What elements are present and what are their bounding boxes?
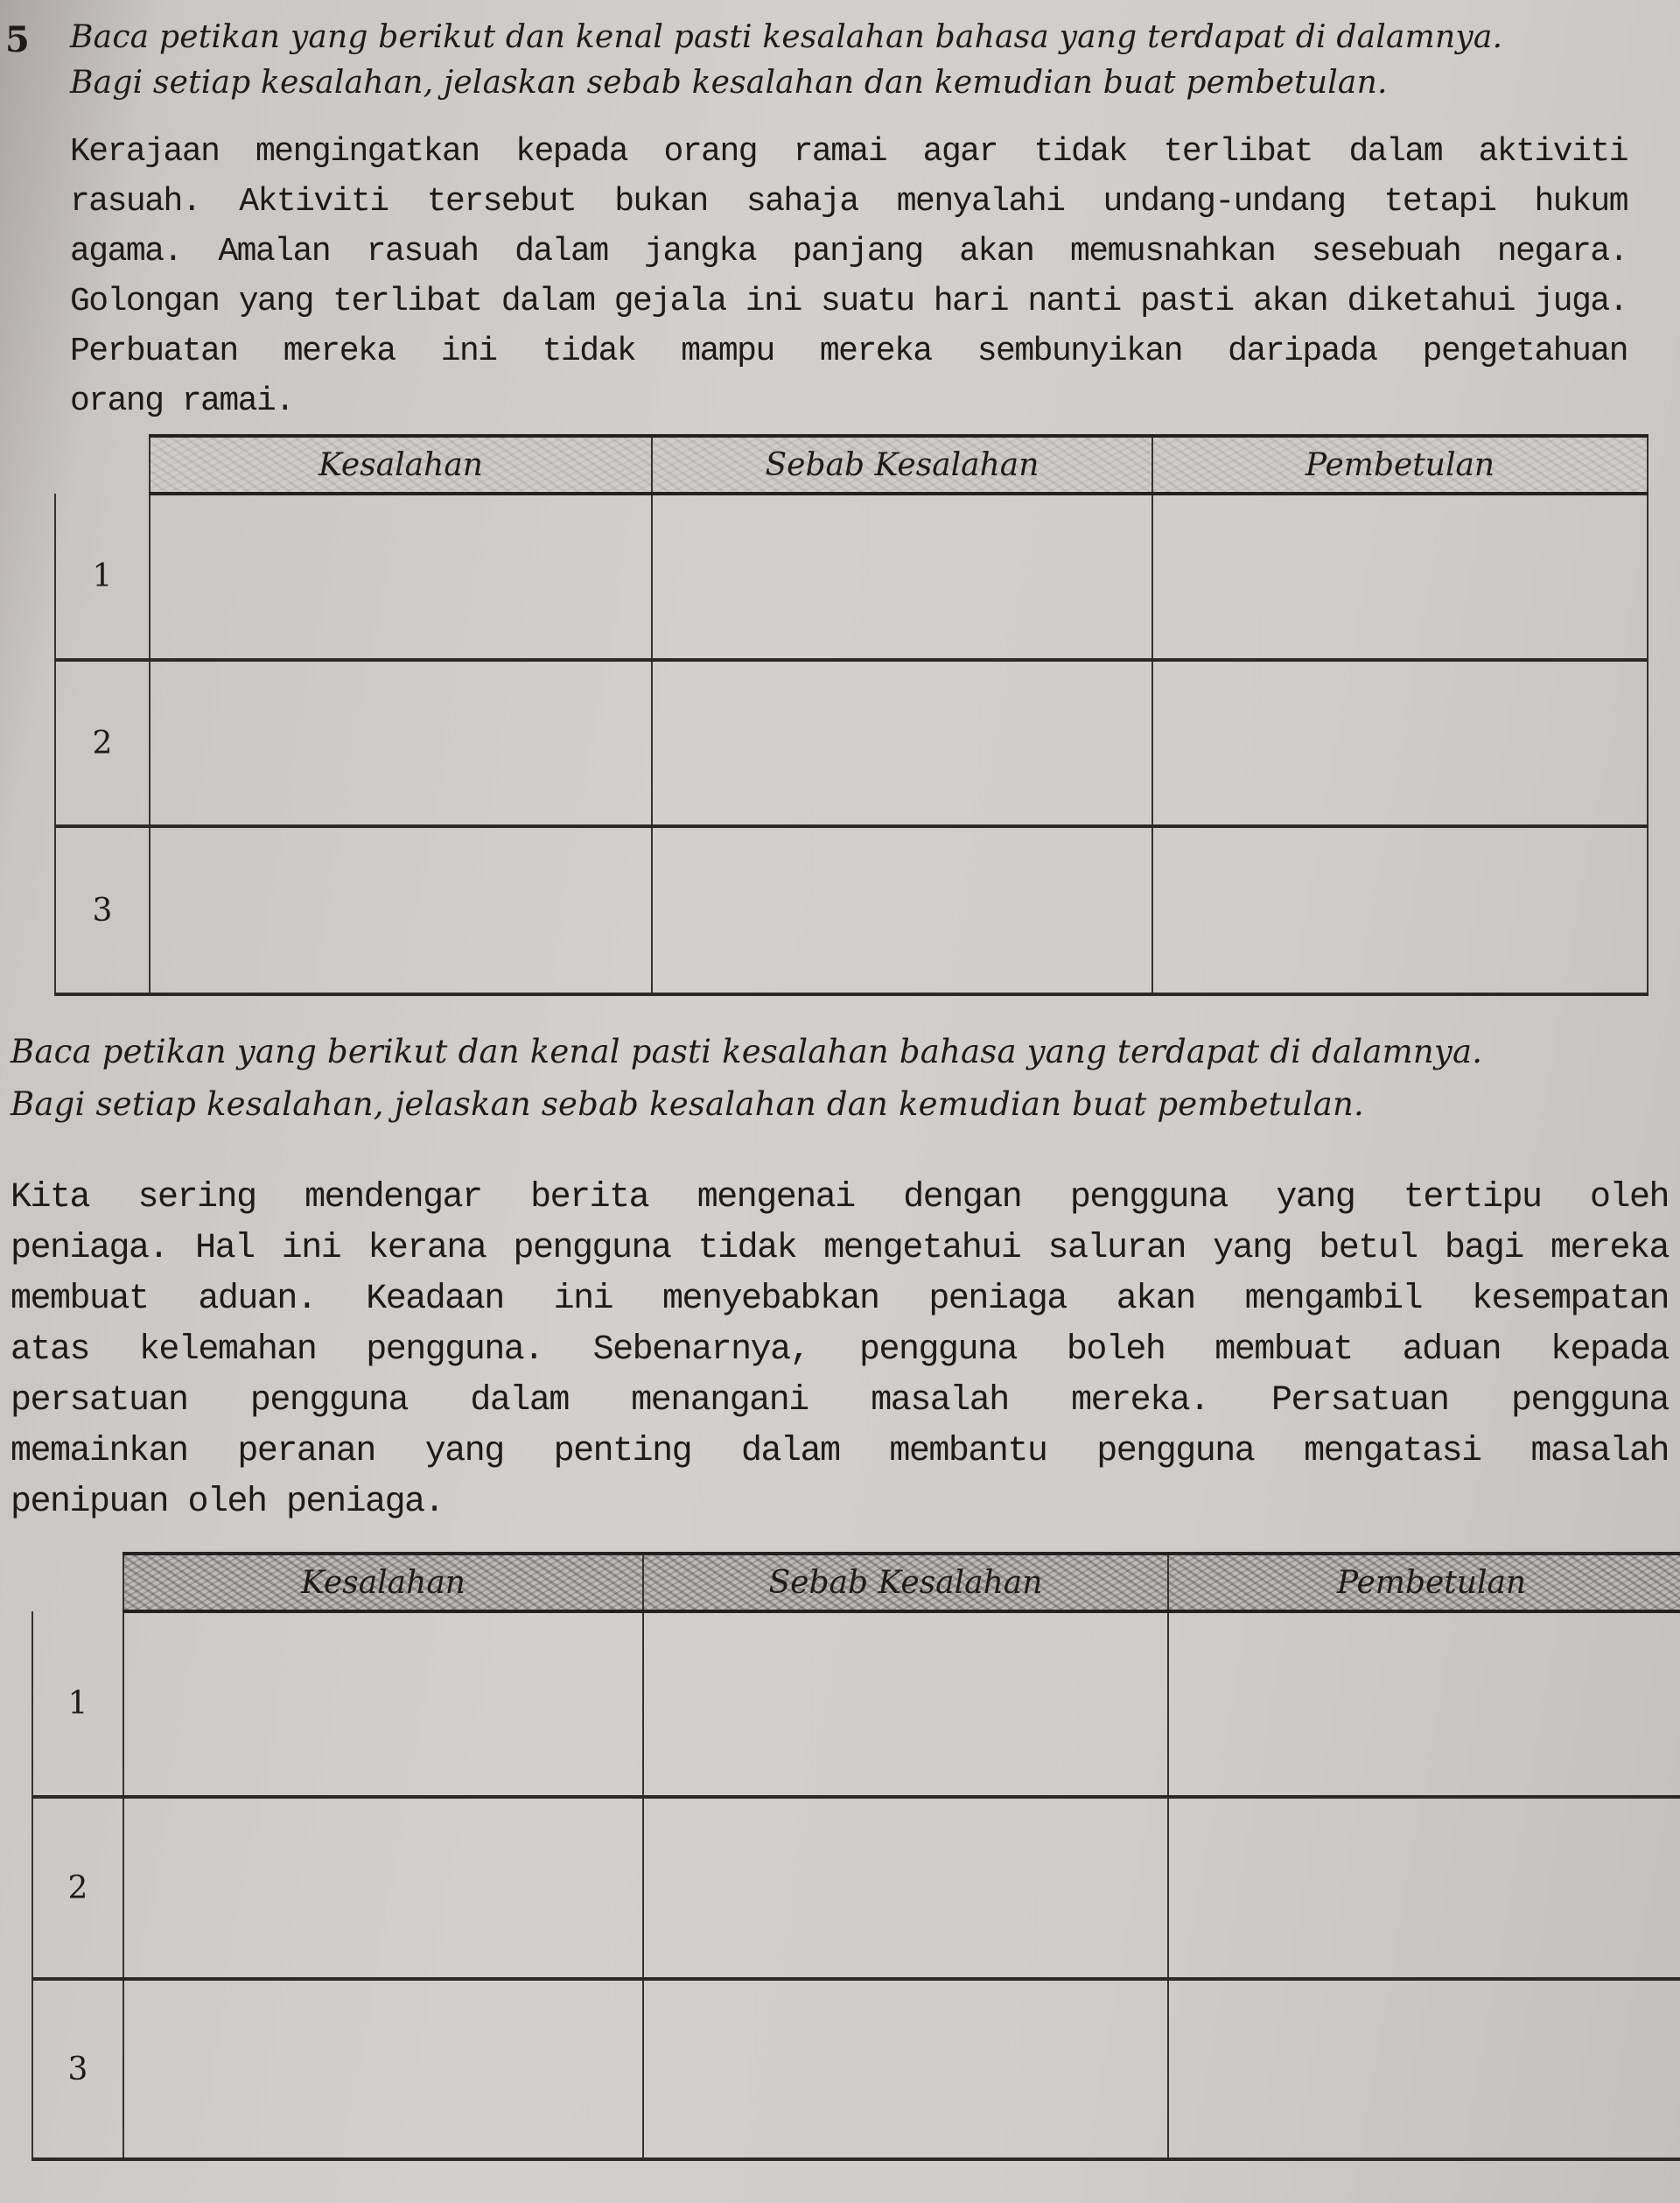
answer-cell-pembetulan[interactable] — [1152, 494, 1648, 660]
passage-line: Golongan yang terlibat dalam gejala ini … — [70, 277, 1627, 326]
header-sebab-kesalahan: Sebab Kesalahan — [652, 436, 1152, 494]
passage-line: memainkan peranan yang penting dalam mem… — [10, 1427, 1669, 1477]
passage-line: membuat aduan. Keadaan ini menyebabkan p… — [10, 1274, 1669, 1325]
header-sebab-kesalahan: Sebab Kesalahan — [643, 1554, 1168, 1611]
table-row: 2 — [32, 1797, 1680, 1979]
answer-cell-sebab[interactable] — [652, 826, 1152, 994]
passage-line: agama. Amalan rasuah dalam jangka panjan… — [70, 227, 1627, 277]
row-number: 3 — [32, 1979, 123, 2159]
answer-cell-kesalahan[interactable] — [150, 494, 652, 660]
passage-line: rasuah. Aktiviti tersebut bukan sahaja m… — [70, 177, 1627, 227]
answer-cell-sebab[interactable] — [652, 660, 1152, 826]
header-pembetulan: Pembetulan — [1168, 1554, 1680, 1611]
answer-cell-sebab[interactable] — [643, 1979, 1168, 2159]
header-corner — [32, 1554, 123, 1611]
section1-instruction-line2: Bagi setiap kesalahan, jelaskan sebab ke… — [70, 65, 1388, 101]
table-row: 1 — [32, 1611, 1680, 1797]
answer-cell-sebab[interactable] — [652, 494, 1152, 660]
table-row: 1 — [55, 494, 1648, 660]
passage-line: peniaga. Hal ini kerana pengguna tidak m… — [10, 1224, 1669, 1274]
passage-line: Perbuatan mereka ini tidak mampu mereka … — [70, 326, 1627, 376]
section2-passage: Kita sering mendengar berita mengenai de… — [10, 1173, 1669, 1528]
answer-cell-kesalahan[interactable] — [123, 1797, 643, 1979]
passage-line: atas kelemahan pengguna. Sebenarnya, pen… — [10, 1325, 1669, 1376]
row-number: 1 — [32, 1611, 123, 1797]
header-corner — [55, 436, 150, 494]
header-kesalahan: Kesalahan — [150, 436, 652, 494]
section1-instruction-line1: Baca petikan yang berikut dan kenal past… — [70, 19, 1502, 55]
answer-cell-pembetulan[interactable] — [1168, 1797, 1680, 1979]
passage-line: persatuan pengguna dalam menangani masal… — [10, 1376, 1669, 1427]
answer-cell-pembetulan[interactable] — [1168, 1611, 1680, 1797]
section2-instruction-line1: Baca petikan yang berikut dan kenal past… — [10, 1033, 1482, 1070]
table-header-row: Kesalahan Sebab Kesalahan Pembetulan — [32, 1554, 1680, 1611]
header-pembetulan: Pembetulan — [1152, 436, 1648, 494]
header-kesalahan: Kesalahan — [123, 1554, 643, 1611]
section2-instruction-line2: Bagi setiap kesalahan, jelaskan sebab ke… — [10, 1085, 1364, 1123]
passage-line: penipuan oleh peniaga. — [10, 1477, 1669, 1528]
answer-cell-kesalahan[interactable] — [150, 826, 652, 994]
row-number: 1 — [55, 494, 150, 660]
table-header-row: Kesalahan Sebab Kesalahan Pembetulan — [55, 436, 1648, 494]
table-row: 3 — [32, 1979, 1680, 2159]
section2-answer-table: Kesalahan Sebab Kesalahan Pembetulan 1 2… — [31, 1552, 1680, 2161]
question-number: 5 — [5, 19, 30, 60]
passage-line: Kerajaan mengingatkan kepada orang ramai… — [70, 127, 1627, 177]
answer-cell-kesalahan[interactable] — [150, 660, 652, 826]
answer-cell-kesalahan[interactable] — [123, 1979, 643, 2159]
section1-answer-table: Kesalahan Sebab Kesalahan Pembetulan 1 2… — [54, 434, 1648, 996]
answer-cell-pembetulan[interactable] — [1168, 1979, 1680, 2159]
answer-cell-sebab[interactable] — [643, 1797, 1168, 1979]
passage-line: orang ramai. — [70, 376, 1627, 426]
answer-cell-sebab[interactable] — [643, 1611, 1168, 1797]
row-number: 2 — [32, 1797, 123, 1979]
passage-line: Kita sering mendengar berita mengenai de… — [10, 1173, 1669, 1224]
answer-cell-pembetulan[interactable] — [1152, 826, 1648, 994]
answer-cell-kesalahan[interactable] — [123, 1611, 643, 1797]
row-number: 3 — [55, 826, 150, 994]
table-row: 3 — [55, 826, 1648, 994]
section1-passage: Kerajaan mengingatkan kepada orang ramai… — [70, 127, 1627, 426]
table-row: 2 — [55, 660, 1648, 826]
row-number: 2 — [55, 660, 150, 826]
answer-cell-pembetulan[interactable] — [1152, 660, 1648, 826]
